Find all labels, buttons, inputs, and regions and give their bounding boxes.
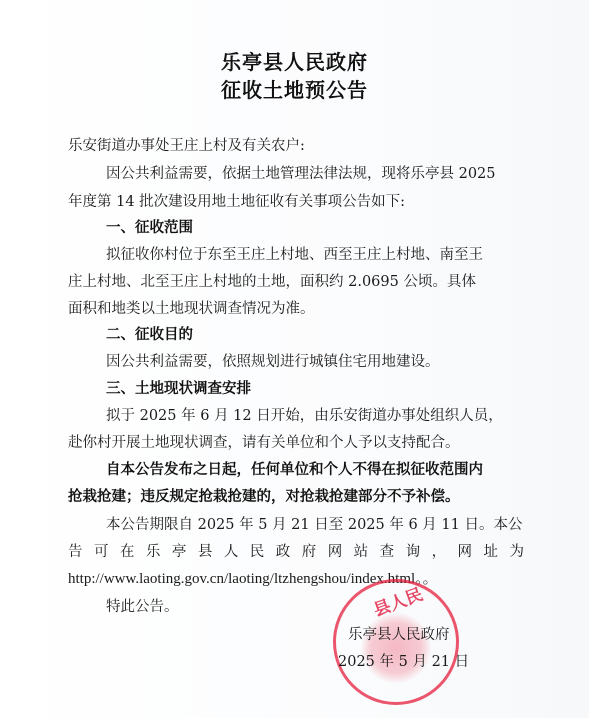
website-url[interactable]: http://www.laoting.gov.cn/laoting/ltzhen… — [68, 569, 530, 589]
section-heading-scope: 一、征收范围 — [106, 218, 530, 238]
section-survey-line-1: 拟于 2025 年 6 月 12 日开始，由乐安街道办事处组织人员， — [106, 406, 530, 426]
warning-line-1: 自本公告发布之日起，任何单位和个人不得在拟征收范围内 — [106, 460, 530, 480]
period-line-1: 本公告期限自 2025 年 5 月 21 日至 2025 年 6 月 11 日。… — [106, 515, 530, 535]
addressee: 乐安街道办事处王庄上村及有关农户: — [68, 136, 530, 156]
section-scope-line-2: 庄上村地、北至王庄上村地的土地，面积约 2.0695 公顷。具体 — [68, 272, 530, 292]
document-page: 乐亭县人民政府 征收土地预公告 乐安街道办事处王庄上村及有关农户: 因公共利益需… — [0, 0, 589, 718]
section-purpose-line-1: 因公共利益需要，依照规划进行城镇住宅用地建设。 — [106, 352, 530, 372]
section-scope-line-3: 面积和地类以土地现状调查情况为准。 — [68, 299, 530, 319]
period-line-2: 告可在乐亭县人民政府网站查询，网址为 — [68, 542, 530, 562]
signature-date: 2025 年 5 月 21 日 — [338, 652, 469, 672]
signature-organization: 乐亭县人民政府 — [348, 625, 450, 645]
section-heading-survey: 三、土地现状调查安排 — [106, 379, 530, 399]
document-title-line1: 乐亭县人民政府 — [0, 46, 589, 75]
warning-line-2: 抢栽抢建；违反规定抢栽抢建的，对抢栽抢建部分不予补偿。 — [68, 487, 530, 507]
section-scope-line-1: 拟征收你村位于东至王庄上村地、西至王庄上村地、南至王 — [106, 245, 530, 265]
intro-line-1: 因公共利益需要，依据土地管理法律法规，现将乐亭县 2025 — [106, 164, 530, 184]
document-title-line2: 征收土地预公告 — [0, 74, 589, 103]
section-survey-line-2: 赴你村开展土地现状调查，请有关单位和个人予以支持配合。 — [68, 433, 530, 453]
stamp-text: 县人民 — [369, 580, 425, 621]
closing-text: 特此公告。 — [106, 597, 530, 617]
section-heading-purpose: 二、征收目的 — [106, 325, 530, 345]
intro-line-2: 年度第 14 批次建设用地土地征收有关事项公告如下: — [68, 192, 530, 212]
